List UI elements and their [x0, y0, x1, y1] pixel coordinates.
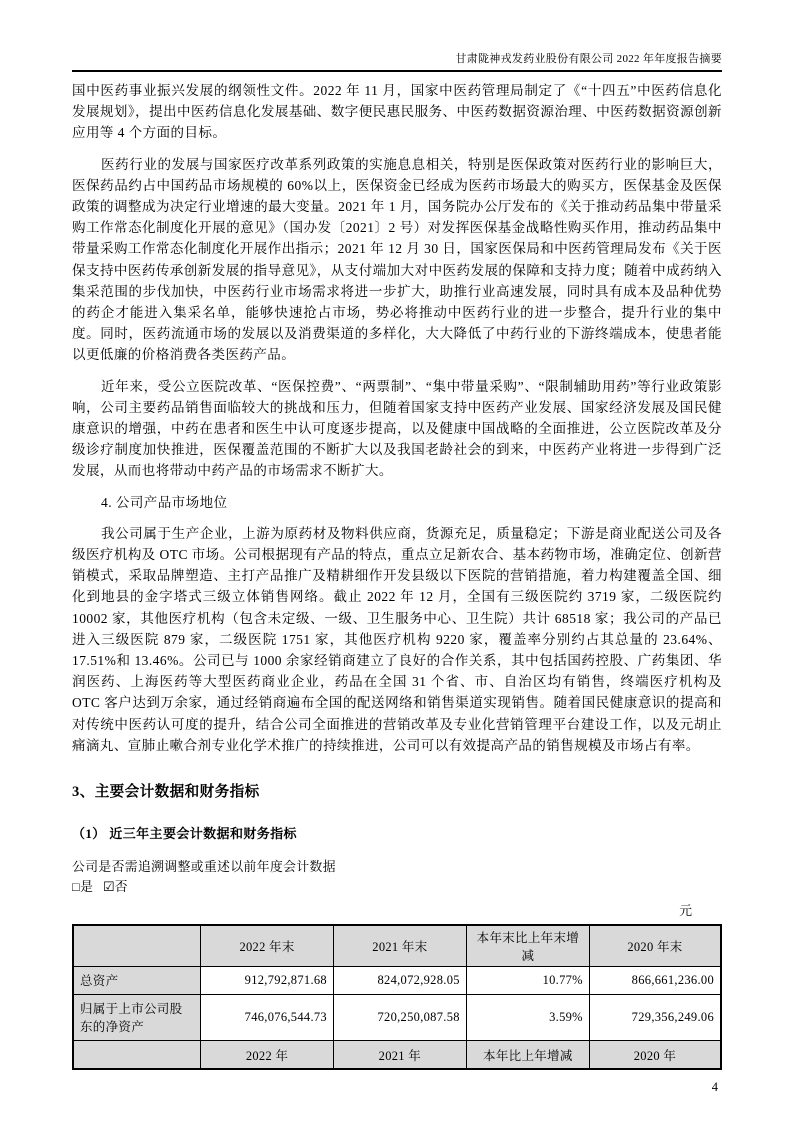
- row-label-net-assets: 归属于上市公司股东的净资产: [73, 995, 201, 1041]
- row-label-total-assets: 总资产: [73, 967, 201, 995]
- table-second-header-row: 2022 年 2021 年 本年比上年增减 2020 年: [73, 1041, 721, 1070]
- total-assets-change: 10.77%: [466, 967, 589, 995]
- restatement-answer: □是 ☑否: [72, 878, 722, 896]
- table-row-total-assets: 总资产 912,792,871.68 824,072,928.05 10.77%…: [73, 967, 721, 995]
- page-number: 4: [72, 1080, 722, 1095]
- unit-label: 元: [72, 902, 722, 920]
- paragraph-market-position: 我公司属于生产企业，上游为原药材及物料供应商，货源充足，质量稳定；下游是商业配送…: [72, 523, 722, 756]
- col-header-2021-year: 2021 年: [333, 1041, 466, 1070]
- paragraph-recent-policy-impact: 近年来，受公立医院改革、“医保控费”、“两票制”、“集中带量采购”、“限制辅助用…: [72, 376, 722, 482]
- table-row-net-assets: 归属于上市公司股东的净资产 746,076,544.73 720,250,087…: [73, 995, 721, 1041]
- checkbox-yes: □是: [72, 880, 93, 894]
- net-assets-2022: 746,076,544.73: [201, 995, 334, 1041]
- col-header-2020-year: 2020 年: [589, 1041, 721, 1070]
- table-corner-cell: [73, 925, 201, 967]
- table-header-row: 2022 年末 2021 年末 本年末比上年末增减 2020 年末: [73, 925, 721, 967]
- checkbox-no-checked: ☑否: [103, 880, 128, 894]
- restatement-question: 公司是否需追溯调整或重述以前年度会计数据: [72, 858, 722, 876]
- total-assets-2022: 912,792,871.68: [201, 967, 334, 995]
- document-page: 甘肃陇神戎发药业股份有限公司 2022 年年度报告摘要 国中医药事业振兴发展的纲…: [0, 0, 793, 1122]
- col-header-2022-year: 2022 年: [201, 1041, 334, 1070]
- col-header-2020-year-end: 2020 年末: [589, 925, 721, 967]
- financial-table: 2022 年末 2021 年末 本年末比上年末增减 2020 年末 总资产 91…: [72, 924, 722, 1070]
- table-second-corner-cell: [73, 1041, 201, 1070]
- heading-main-accounting-data: 3、主要会计数据和财务指标: [72, 780, 722, 801]
- total-assets-2021: 824,072,928.05: [333, 967, 466, 995]
- heading-three-year-accounting-data: （1） 近三年主要会计数据和财务指标: [72, 823, 722, 842]
- col-header-yoy-change: 本年末比上年末增减: [466, 925, 589, 967]
- col-header-year-change: 本年比上年增减: [466, 1041, 589, 1070]
- col-header-2022-year-end: 2022 年末: [201, 925, 334, 967]
- paragraph-industry-policy: 医药行业的发展与国家医疗改革系列政策的实施息息相关，特别是医保政策对医药行业的影…: [72, 154, 722, 366]
- total-assets-2020: 866,661,236.00: [589, 967, 721, 995]
- heading-product-market-position: 4. 公司产品市场地位: [72, 492, 722, 513]
- report-header: 甘肃陇神戎发药业股份有限公司 2022 年年度报告摘要: [72, 50, 722, 72]
- report-header-title: 甘肃陇神戎发药业股份有限公司 2022 年年度报告摘要: [455, 53, 722, 65]
- col-header-2021-year-end: 2021 年末: [333, 925, 466, 967]
- net-assets-2020: 729,356,249.06: [589, 995, 721, 1041]
- net-assets-2021: 720,250,087.58: [333, 995, 466, 1041]
- paragraph-continuation: 国中医药事业振兴发展的纲领性文件。2022 年 11 月，国家中医药管理局制定了…: [72, 80, 722, 144]
- net-assets-change: 3.59%: [466, 995, 589, 1041]
